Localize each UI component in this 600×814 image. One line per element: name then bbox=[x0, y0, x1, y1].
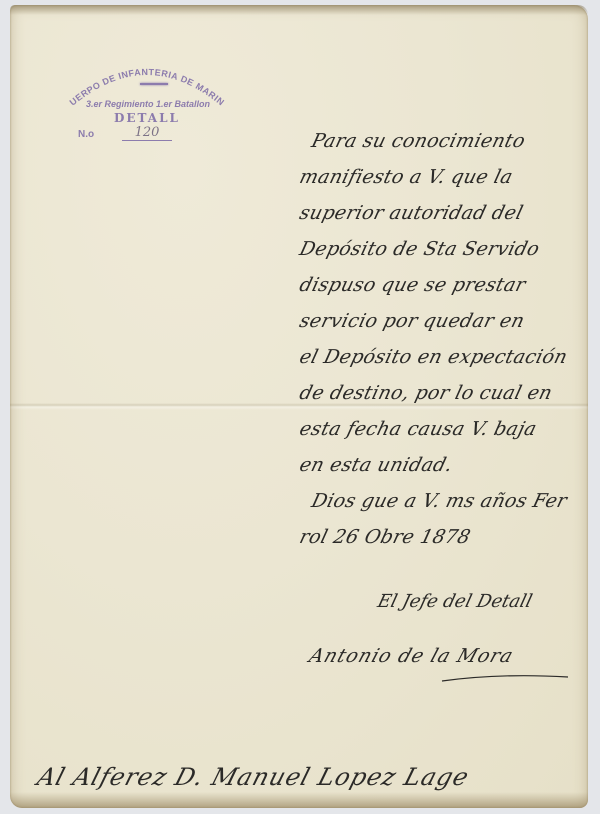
official-stamp: CUERPO DE INFANTERIA DE MARINA 3.er Regi… bbox=[62, 53, 232, 153]
letter-body: Para su conocimiento manifiesto a V. que… bbox=[300, 123, 600, 555]
recipient-line: Al Alferez D. Manuel Lopez Lage bbox=[34, 763, 473, 791]
body-line: Depósito de Sta Servido bbox=[296, 231, 600, 267]
signatory-title: El Jefe del Detall bbox=[375, 591, 534, 612]
stamp-number-value: 120 bbox=[122, 125, 172, 141]
signature-flourish bbox=[440, 671, 570, 685]
body-line: manifiesto a V. que la bbox=[296, 159, 600, 195]
body-line: servicio por quedar en bbox=[296, 303, 600, 339]
closing-line: Dios gue a V. ms años Fer bbox=[296, 483, 600, 519]
signature: Antonio de la Mora bbox=[306, 645, 516, 667]
body-line: de destino, por lo cual en bbox=[296, 375, 600, 411]
stamp-number-label: N.o bbox=[78, 129, 94, 140]
body-line: el Depósito en expectación bbox=[296, 339, 600, 375]
body-line: esta fecha causa V. baja bbox=[296, 411, 600, 447]
stamp-section: DETALL bbox=[62, 111, 232, 125]
stamp-regiment: 3.er Regimiento 1.er Batallon bbox=[68, 99, 228, 109]
document-page: CUERPO DE INFANTERIA DE MARINA 3.er Regi… bbox=[10, 5, 588, 808]
stamp-ornament bbox=[140, 83, 168, 85]
body-line: dispuso que se prestar bbox=[296, 267, 600, 303]
body-line: superior autoridad del bbox=[296, 195, 600, 231]
body-line: en esta unidad. bbox=[296, 447, 600, 483]
date-line: rol 26 Obre 1878 bbox=[296, 519, 600, 555]
body-line: Para su conocimiento bbox=[296, 123, 600, 159]
